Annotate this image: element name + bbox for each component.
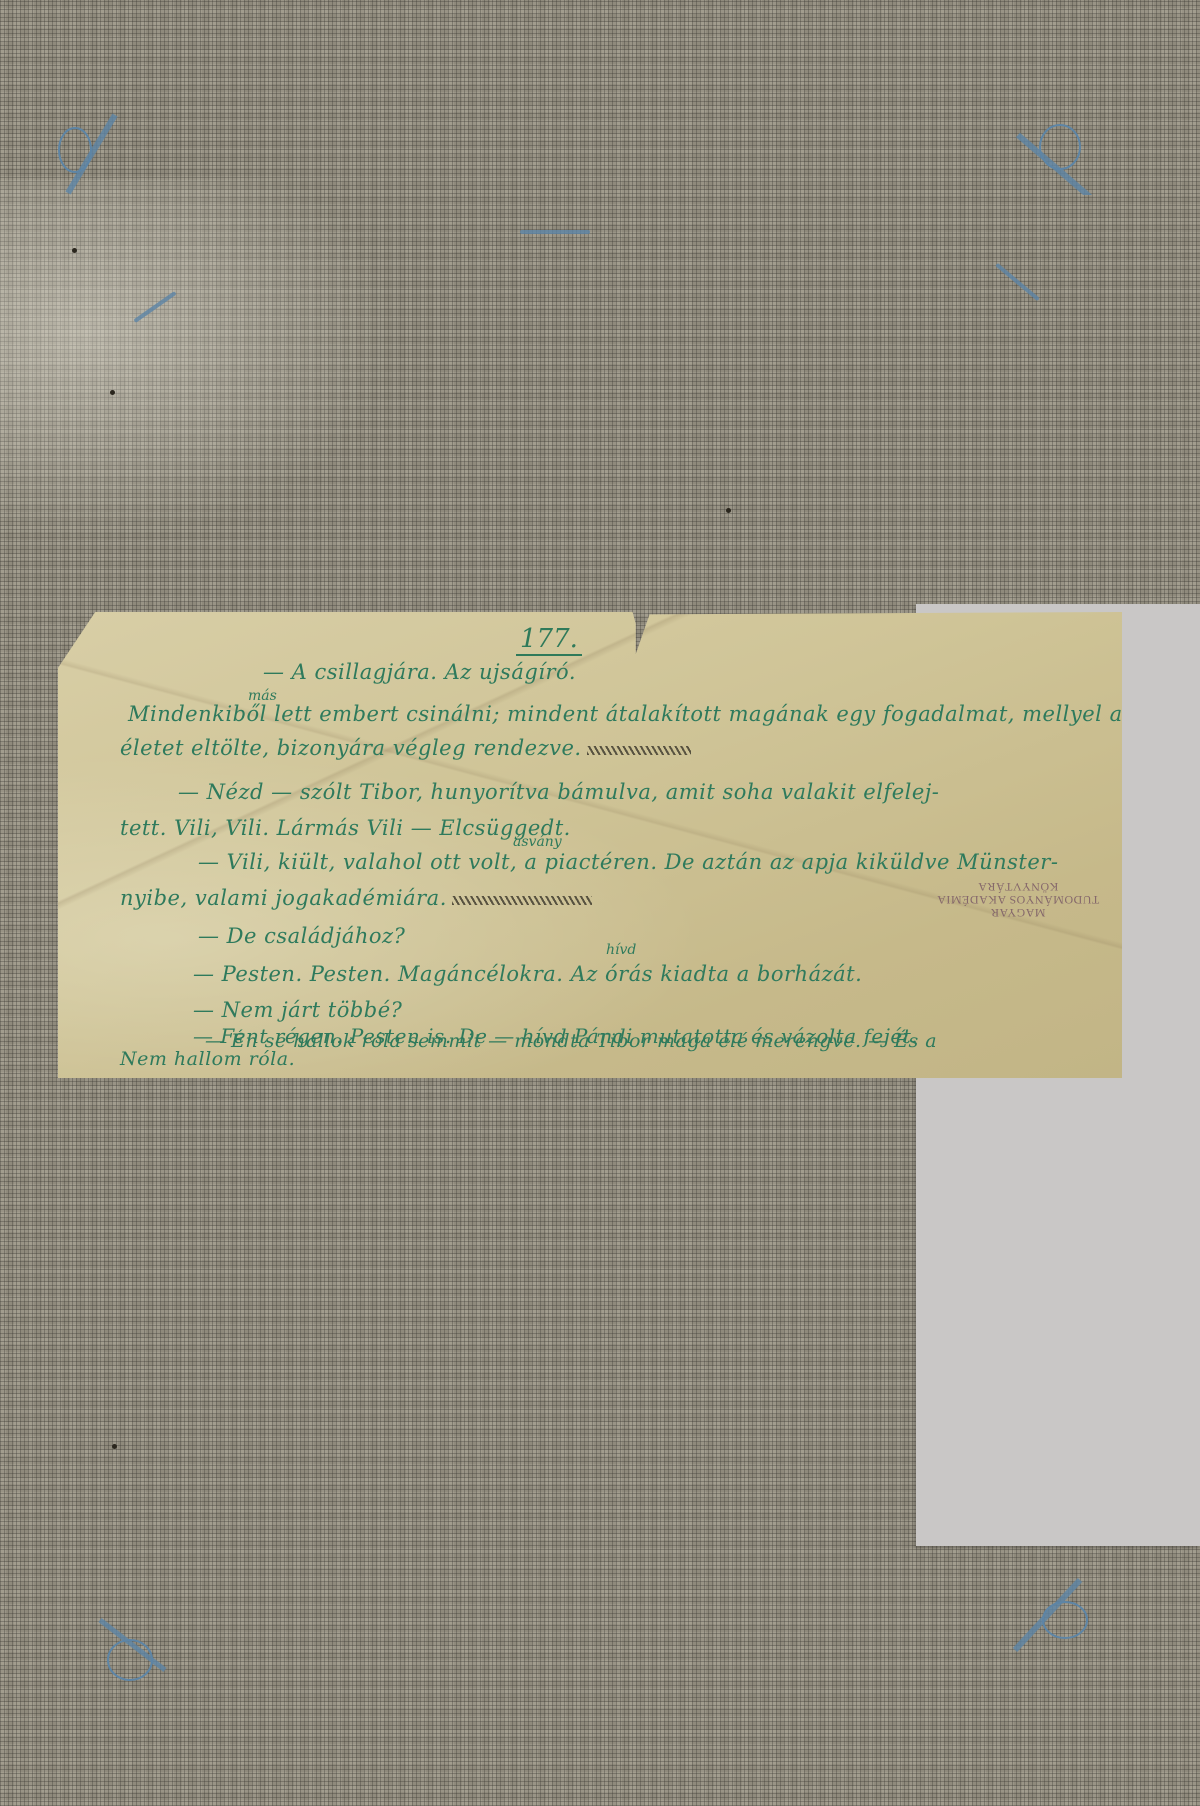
- corner-mark-top-right-icon: [1010, 105, 1100, 195]
- manuscript-line: — Pesten. Pesten. Magáncélokra. Az órás …: [193, 962, 862, 986]
- stamp-line: MAGYAR: [928, 906, 1108, 919]
- struck-out-word: [589, 736, 689, 760]
- manuscript-line: életet eltölte, bizonyára végleg rendezv…: [120, 736, 689, 760]
- board-glare: [0, 180, 420, 560]
- manuscript-line: nyibe, valami jogakadémiára.: [120, 886, 590, 910]
- manuscript-line-last: — Én se hallok róla semmit — mondta Tibo…: [205, 1030, 937, 1052]
- blue-pencil-dash: [133, 291, 176, 323]
- blue-pencil-dash: [995, 263, 1040, 301]
- manuscript-page: 177. — A csillagjára. Az ujságíró. más M…: [58, 612, 1122, 1078]
- manuscript-line: — A csillagjára. Az ujságíró.: [263, 660, 576, 684]
- manuscript-insertion: ásvány: [513, 834, 562, 850]
- corner-mark-bottom-right-icon: [1010, 1570, 1100, 1660]
- library-stamp: MAGYAR TUDOMÁNYOS AKADÉMIA KÖNYVTÁRA: [928, 880, 1108, 919]
- manuscript-insertion: hívd: [606, 942, 636, 958]
- manuscript-line: — Nézd — szólt Tibor, hunyorítva bámulva…: [178, 780, 939, 804]
- manuscript-line: — De családjához?: [198, 924, 405, 948]
- manuscript-line-text: nyibe, valami jogakadémiára.: [120, 886, 447, 910]
- dust-speck: [726, 508, 731, 513]
- manuscript-line: tett. Vili, Vili. Lármás Vili — Elcsügge…: [120, 816, 571, 840]
- stamp-line: TUDOMÁNYOS AKADÉMIA: [928, 893, 1108, 906]
- corner-mark-bottom-left-icon: [90, 1600, 180, 1690]
- manuscript-line: — Vili, kiült, valahol ott volt, a piact…: [198, 850, 1058, 874]
- manuscript-line-text: életet eltölte, bizonyára végleg rendezv…: [120, 736, 582, 760]
- blue-pencil-dash: [520, 230, 590, 234]
- corner-mark-top-left-icon: [40, 105, 130, 195]
- page-number: 177.: [516, 624, 582, 656]
- manuscript-line: Mindenkiből lett embert csinálni; minden…: [128, 702, 1134, 726]
- dust-speck: [110, 390, 115, 395]
- struck-out-phrase: [454, 886, 590, 910]
- manuscript-line: — Nem járt többé?: [193, 998, 402, 1022]
- dust-speck: [112, 1444, 117, 1449]
- dust-speck: [72, 248, 77, 253]
- stamp-line: KÖNYVTÁRA: [928, 880, 1108, 893]
